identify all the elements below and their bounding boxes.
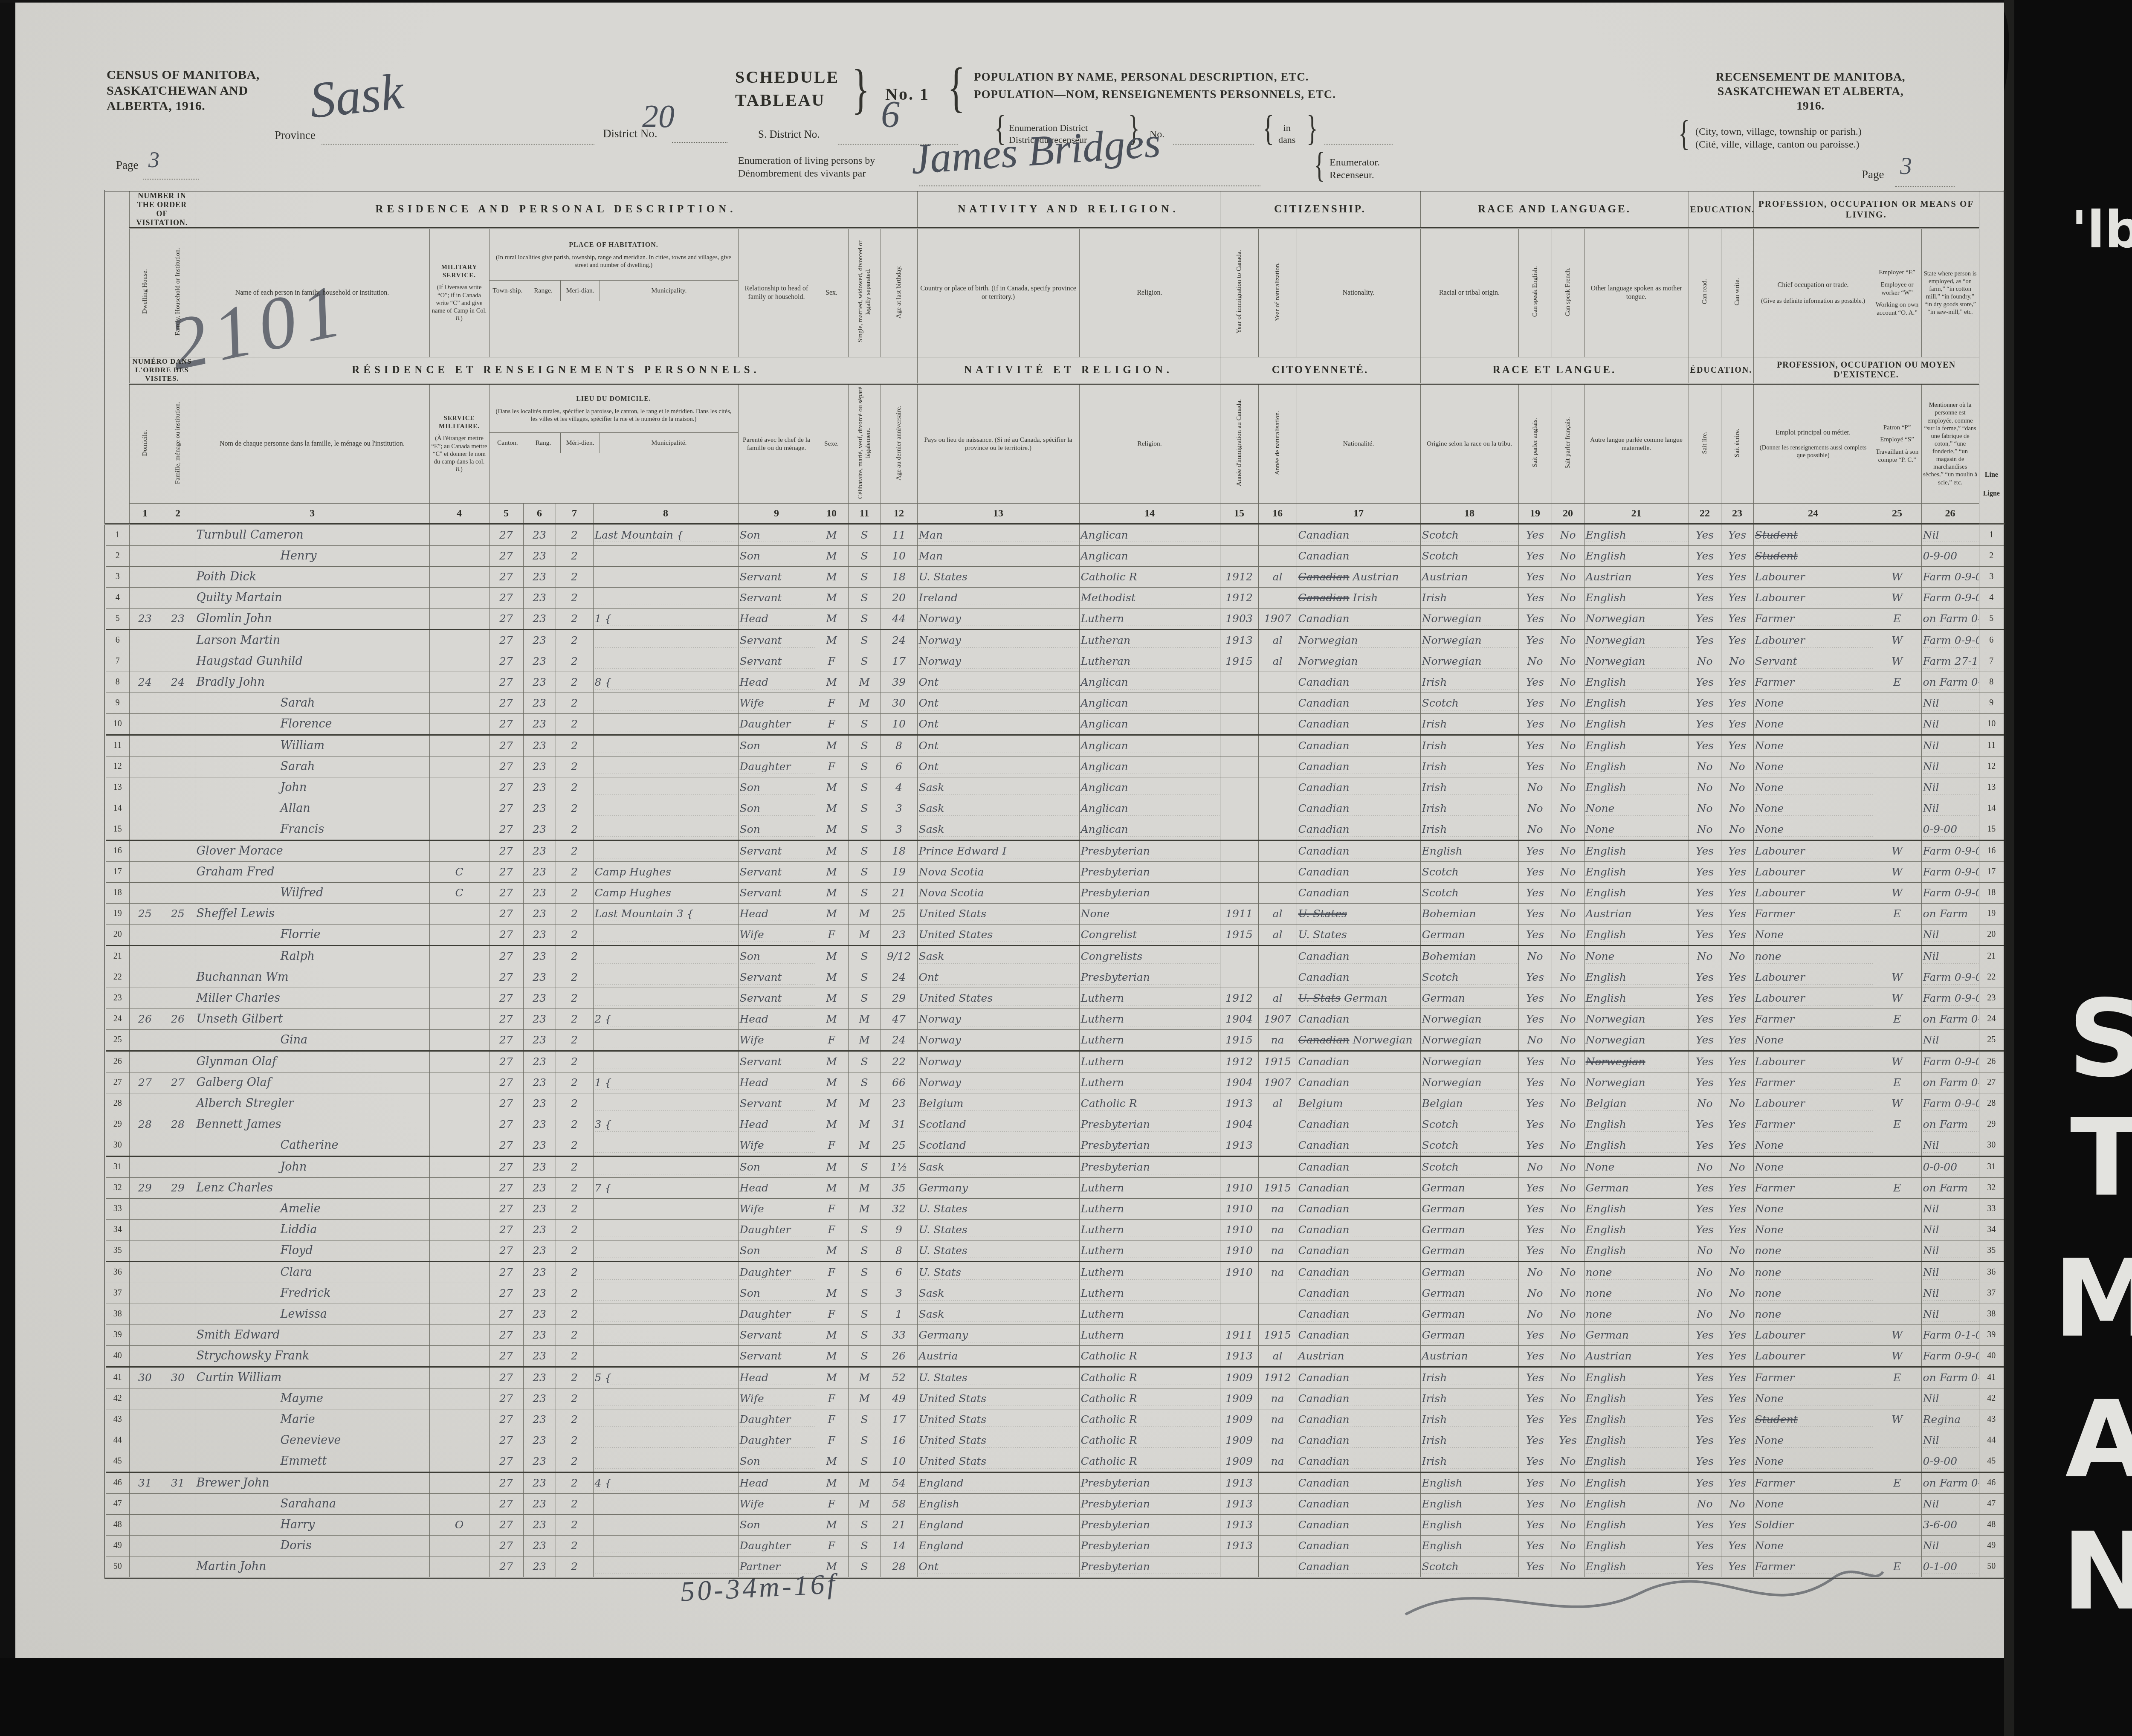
cell-write: Yes xyxy=(1721,840,1753,861)
cell-lineL: 26 xyxy=(105,1051,129,1072)
cell-write: Yes xyxy=(1721,861,1753,882)
column-numbers-row: 1234567891011121314151617181920212223242… xyxy=(105,504,2005,524)
col-header-marital-fr: Célibataire, marié, veuf, divorcé ou sép… xyxy=(848,384,881,504)
cell-name: Sarah xyxy=(195,756,429,777)
cell-origin: Norwegian xyxy=(1420,1072,1518,1093)
cell-origin: Irish xyxy=(1420,672,1518,693)
cell-lang: Norwegian xyxy=(1584,629,1689,651)
cell-relig: Presbyterian xyxy=(1079,1535,1220,1556)
cell-eng: Yes xyxy=(1518,713,1552,735)
cell-origin: Norwegian xyxy=(1420,608,1518,629)
cell-natl: Canadian xyxy=(1297,693,1420,713)
group-nativity-fr: NATIVITÉ ET RELIGION. xyxy=(917,357,1220,384)
sub-district-label: S. District No. xyxy=(758,129,820,141)
cell-lineL: 15 xyxy=(105,819,129,840)
cell-lang: English xyxy=(1584,967,1689,988)
cell-natl: Canadian xyxy=(1297,1409,1420,1430)
cell-imm xyxy=(1220,945,1258,967)
cell-lang: English xyxy=(1584,756,1689,777)
cell-mar: M xyxy=(848,693,881,713)
column-number: 8 xyxy=(593,504,738,524)
cell-relig: Anglican xyxy=(1079,524,1220,546)
cell-mer: 2 xyxy=(556,672,593,693)
cell-age: 1 xyxy=(881,1304,917,1324)
column-number: 1 xyxy=(129,504,161,524)
cell-lang: English xyxy=(1584,1219,1689,1240)
cell-write: Yes xyxy=(1721,1367,1753,1388)
cell-fr: No xyxy=(1552,1451,1584,1472)
cell-mun xyxy=(593,819,738,840)
cell-mer: 2 xyxy=(556,819,593,840)
cell-birth: Sask xyxy=(917,1304,1079,1324)
cell-lineR: 30 xyxy=(1979,1135,2005,1156)
table-row: 45Emmett27232SonMS10United StatsCatholic… xyxy=(105,1451,2005,1472)
cell-lineL: 28 xyxy=(105,1093,129,1114)
cell-natz: 1915 xyxy=(1258,1051,1297,1072)
cell-fr: No xyxy=(1552,1514,1584,1535)
cell-emp xyxy=(1873,713,1921,735)
cell-mil xyxy=(429,1388,489,1409)
cell-mun xyxy=(593,945,738,967)
cell-natl: Canadian xyxy=(1297,1367,1420,1388)
table-row: 47Sarahana27232WifeFM58EnglishPresbyteri… xyxy=(105,1493,2005,1514)
cell-age: 18 xyxy=(881,566,917,587)
cell-relig: Luthern xyxy=(1079,1283,1220,1304)
cell-occ: Labourer xyxy=(1753,1093,1873,1114)
col-header-meridian-en: Meri-dian. xyxy=(560,281,600,301)
cell-read: Yes xyxy=(1689,903,1721,924)
cell-eng: Yes xyxy=(1518,861,1552,882)
cell-name: Allan xyxy=(195,798,429,819)
cell-eng: Yes xyxy=(1518,735,1552,756)
cell-where: 0-1-00 xyxy=(1921,1556,1979,1578)
cell-natz: na xyxy=(1258,1409,1297,1430)
cell-fam xyxy=(161,1093,195,1114)
cell-mar: S xyxy=(848,524,881,546)
cell-occ: Farmer xyxy=(1753,1072,1873,1093)
cell-relig: Luthern xyxy=(1079,1051,1220,1072)
cell-birth: Norway xyxy=(917,1072,1079,1093)
cell-rel: Son xyxy=(738,524,815,546)
cell-age: 21 xyxy=(881,882,917,903)
cell-sex: M xyxy=(815,524,848,546)
cell-imm: 1909 xyxy=(1220,1388,1258,1409)
cell-fr: No xyxy=(1552,882,1584,903)
cell-birth: Ont xyxy=(917,756,1079,777)
cell-tw: 27 xyxy=(489,1029,523,1051)
cell-birth: Sask xyxy=(917,777,1079,798)
cell-natl: Canadian xyxy=(1297,545,1420,566)
cell-age: 35 xyxy=(881,1177,917,1198)
cell-rel: Son xyxy=(738,1240,815,1261)
cell-emp xyxy=(1873,777,1921,798)
cell-fr: No xyxy=(1552,1135,1584,1156)
cell-fam xyxy=(161,1219,195,1240)
cell-fam xyxy=(161,756,195,777)
cell-age: 14 xyxy=(881,1535,917,1556)
cell-lang: English xyxy=(1584,1472,1689,1493)
film-edge-left xyxy=(0,0,15,1736)
cell-rel: Son xyxy=(738,1514,815,1535)
cell-mar: S xyxy=(848,840,881,861)
cell-mer: 2 xyxy=(556,1304,593,1324)
film-strip-letter-m: M xyxy=(2030,1237,2132,1361)
cell-mun: 7 { xyxy=(593,1177,738,1198)
cell-write: Yes xyxy=(1721,1198,1753,1219)
cell-birth: U. States xyxy=(917,1198,1079,1219)
cell-lineL: 35 xyxy=(105,1240,129,1261)
cell-lineL: 45 xyxy=(105,1451,129,1472)
cell-occ: None xyxy=(1753,1451,1873,1472)
cell-birth: Norway xyxy=(917,629,1079,651)
cell-occ: None xyxy=(1753,924,1873,945)
cell-age: 52 xyxy=(881,1367,917,1388)
cell-mil xyxy=(429,693,489,713)
page-label-right: Page xyxy=(1862,168,1884,181)
cell-eng: No xyxy=(1518,1261,1552,1283)
cell-lang: Belgian xyxy=(1584,1093,1689,1114)
column-number: 10 xyxy=(815,504,848,524)
cell-rel: Servant xyxy=(738,1093,815,1114)
cell-lang: English xyxy=(1584,693,1689,713)
cell-read: Yes xyxy=(1689,1177,1721,1198)
cell-mun: 2 { xyxy=(593,1009,738,1029)
cell-birth: U. States xyxy=(917,1240,1079,1261)
cell-mil xyxy=(429,735,489,756)
cell-write: No xyxy=(1721,651,1753,672)
cell-mun xyxy=(593,1324,738,1345)
cell-sex: M xyxy=(815,988,848,1009)
cell-dw xyxy=(129,1198,161,1219)
cell-mun: Last Mountain { xyxy=(593,524,738,546)
cell-origin: Scotch xyxy=(1420,861,1518,882)
cell-dw xyxy=(129,587,161,608)
cell-rel: Son xyxy=(738,777,815,798)
cell-lineR: 7 xyxy=(1979,651,2005,672)
col-header-origin-en: Racial or tribal origin. xyxy=(1420,228,1518,357)
line-column-left-header xyxy=(105,191,129,524)
col-header-employer-en: Employer “E” Employee or worker “W” Work… xyxy=(1873,228,1921,357)
cell-tw: 27 xyxy=(489,566,523,587)
cell-tw: 27 xyxy=(489,903,523,924)
col-header-name-en: Name of each person in family, household… xyxy=(195,228,429,357)
column-number: 2 xyxy=(161,504,195,524)
cell-origin: Scotch xyxy=(1420,1135,1518,1156)
cell-imm xyxy=(1220,840,1258,861)
cell-rg: 23 xyxy=(523,672,556,693)
cell-dw: 23 xyxy=(129,608,161,629)
cell-tw: 27 xyxy=(489,524,523,546)
cell-lineL: 11 xyxy=(105,735,129,756)
group-visitation-fr: NUMÉRO DANS L'ORDRE DES VISITES. xyxy=(129,357,195,384)
cell-mil xyxy=(429,756,489,777)
cell-lang: English xyxy=(1584,1493,1689,1514)
cell-imm xyxy=(1220,672,1258,693)
cell-lang: English xyxy=(1584,840,1689,861)
cell-natl: Canadian xyxy=(1297,1135,1420,1156)
cell-read: No xyxy=(1689,1156,1721,1177)
cell-mer: 2 xyxy=(556,1409,593,1430)
cell-origin: Bohemian xyxy=(1420,903,1518,924)
cell-occ: None xyxy=(1753,819,1873,840)
cell-lineR: 11 xyxy=(1979,735,2005,756)
film-edge-bottom xyxy=(0,1658,2132,1736)
cell-relig: Presbyterian xyxy=(1079,1493,1220,1514)
cell-age: 30 xyxy=(881,693,917,713)
cell-rel: Servant xyxy=(738,988,815,1009)
cell-lang: English xyxy=(1584,1114,1689,1135)
cell-tw: 27 xyxy=(489,1240,523,1261)
cell-lineR: 16 xyxy=(1979,840,2005,861)
cell-origin: German xyxy=(1420,1198,1518,1219)
cell-lineR: 49 xyxy=(1979,1535,2005,1556)
cell-age: 17 xyxy=(881,1409,917,1430)
cell-rg: 23 xyxy=(523,735,556,756)
cell-emp: E xyxy=(1873,1472,1921,1493)
table-row: 11William27232SonMS8OntAnglicanCanadianI… xyxy=(105,735,2005,756)
cell-natl: Canadian xyxy=(1297,1051,1420,1072)
cell-natz xyxy=(1258,545,1297,566)
cell-natz xyxy=(1258,777,1297,798)
cell-tw: 27 xyxy=(489,713,523,735)
cell-birth: U. States xyxy=(917,1219,1079,1240)
cell-natl: Canadian xyxy=(1297,1198,1420,1219)
cell-mil xyxy=(429,1029,489,1051)
cell-imm: 1909 xyxy=(1220,1367,1258,1388)
census-table: NUMBER IN THE ORDER OF VISITATION. RESID… xyxy=(104,190,2005,1579)
cell-write: Yes xyxy=(1721,1009,1753,1029)
cell-sex: F xyxy=(815,1430,848,1451)
cell-natl: Canadian xyxy=(1297,861,1420,882)
cell-natl: Norwegian xyxy=(1297,629,1420,651)
cell-lang: English xyxy=(1584,713,1689,735)
cell-where: Nil xyxy=(1921,1029,1979,1051)
cell-lineL: 3 xyxy=(105,566,129,587)
cell-name: Turnbull Cameron xyxy=(195,524,429,546)
cell-emp xyxy=(1873,819,1921,840)
cell-name: Wilfred xyxy=(195,882,429,903)
film-strip-edge xyxy=(2004,0,2014,1736)
cell-rg: 23 xyxy=(523,1219,556,1240)
cell-natz: 1907 xyxy=(1258,1009,1297,1029)
cell-mar: M xyxy=(848,1388,881,1409)
cell-mun: 5 { xyxy=(593,1367,738,1388)
cell-lineL: 6 xyxy=(105,629,129,651)
cell-natl: Canadian xyxy=(1297,945,1420,967)
cell-fam xyxy=(161,1556,195,1578)
group-education-en: EDUCATION. xyxy=(1689,191,1753,228)
cell-fr: No xyxy=(1552,1219,1584,1240)
cell-sex: M xyxy=(815,1177,848,1198)
cell-name: Francis xyxy=(195,819,429,840)
enumeration-by-labels: Enumeration of living persons by Dénombr… xyxy=(738,154,875,180)
table-row: 15Francis27232SonMS3SaskAnglicanCanadian… xyxy=(105,819,2005,840)
cell-fam xyxy=(161,967,195,988)
cell-lineR: 21 xyxy=(1979,945,2005,967)
cell-rel: Head xyxy=(738,903,815,924)
cell-rg: 23 xyxy=(523,1324,556,1345)
cell-dw xyxy=(129,1240,161,1261)
cell-mun: 8 { xyxy=(593,672,738,693)
cell-emp: W xyxy=(1873,861,1921,882)
cell-mun xyxy=(593,924,738,945)
cell-lang: None xyxy=(1584,798,1689,819)
cell-lang: English xyxy=(1584,861,1689,882)
cell-lang: English xyxy=(1584,1514,1689,1535)
cell-sex: M xyxy=(815,1009,848,1029)
table-row: 26Glynman Olaf27232ServantMS22NorwayLuth… xyxy=(105,1051,2005,1072)
cell-dw xyxy=(129,1029,161,1051)
cell-sex: M xyxy=(815,1451,848,1472)
cell-name: Haugstad Gunhild xyxy=(195,651,429,672)
cell-origin: Irish xyxy=(1420,1451,1518,1472)
cell-natz: na xyxy=(1258,1029,1297,1051)
cell-mer: 2 xyxy=(556,1093,593,1114)
page-value-right: 3 xyxy=(1900,153,1912,180)
cell-rg: 23 xyxy=(523,713,556,735)
cell-read: Yes xyxy=(1689,545,1721,566)
cell-origin: Norwegian xyxy=(1420,629,1518,651)
cell-eng: No xyxy=(1518,1156,1552,1177)
cell-sex: M xyxy=(815,903,848,924)
cell-mer: 2 xyxy=(556,713,593,735)
cell-where: Nil xyxy=(1921,693,1979,713)
cell-sex: M xyxy=(815,1114,848,1135)
cell-mer: 2 xyxy=(556,524,593,546)
cell-mun: 1 { xyxy=(593,1072,738,1093)
film-strip-mark: 'lb xyxy=(2030,200,2132,260)
cell-lang: Norwegian xyxy=(1584,608,1689,629)
cell-dw xyxy=(129,524,161,546)
cell-where: on Farm xyxy=(1921,1177,1979,1198)
cell-lineR: 48 xyxy=(1979,1514,2005,1535)
cell-eng: Yes xyxy=(1518,672,1552,693)
cell-mer: 2 xyxy=(556,1451,593,1472)
col-header-other-language-fr: Autre langue parlée comme langue materne… xyxy=(1584,384,1689,504)
cell-write: Yes xyxy=(1721,1029,1753,1051)
cell-dw xyxy=(129,1051,161,1072)
scanned-census-page: { "header": { "census_title_en_1": "CENS… xyxy=(0,0,2132,1736)
cell-lineR: 47 xyxy=(1979,1493,2005,1514)
cell-write: Yes xyxy=(1721,629,1753,651)
cell-where: Nil xyxy=(1921,924,1979,945)
cell-eng: No xyxy=(1518,1304,1552,1324)
col-header-occupation-en: Chief occupation or trade. (Give as defi… xyxy=(1753,228,1873,357)
cell-natz: 1907 xyxy=(1258,608,1297,629)
cell-mar: M xyxy=(848,672,881,693)
cell-age: 28 xyxy=(881,1556,917,1578)
cell-natz xyxy=(1258,882,1297,903)
cell-origin: English xyxy=(1420,1493,1518,1514)
cell-eng: No xyxy=(1518,945,1552,967)
cell-name: William xyxy=(195,735,429,756)
cell-mar: S xyxy=(848,945,881,967)
cell-rel: Daughter xyxy=(738,1535,815,1556)
col-header-can-read-en: Can read. xyxy=(1689,228,1721,357)
cell-natl: Canadian xyxy=(1297,967,1420,988)
cell-lineL: 44 xyxy=(105,1430,129,1451)
cell-rel: Son xyxy=(738,1156,815,1177)
cell-lang: English xyxy=(1584,524,1689,546)
col-header-can-read-fr: Sait lire. xyxy=(1689,384,1721,504)
cell-natz: 1912 xyxy=(1258,1367,1297,1388)
cell-write: No xyxy=(1721,945,1753,967)
cell-lang: English xyxy=(1584,545,1689,566)
cell-occ: None xyxy=(1753,713,1873,735)
cell-fam xyxy=(161,1514,195,1535)
cell-name: Sarah xyxy=(195,693,429,713)
table-row: 4Quilty Martain27232ServantMS20IrelandMe… xyxy=(105,587,2005,608)
col-header-meridian-fr: Méri-dien. xyxy=(560,433,600,453)
column-number: 3 xyxy=(195,504,429,524)
cell-rel: Son xyxy=(738,798,815,819)
cell-lineR: 22 xyxy=(1979,967,2005,988)
cell-birth: England xyxy=(917,1472,1079,1493)
cell-mun xyxy=(593,1219,738,1240)
col-header-religion-fr: Religion. xyxy=(1079,384,1220,504)
cell-name: Floyd xyxy=(195,1240,429,1261)
cell-natl: Canadian xyxy=(1297,1388,1420,1409)
cell-name: Emmett xyxy=(195,1451,429,1472)
cell-rg: 23 xyxy=(523,566,556,587)
cell-rg: 23 xyxy=(523,1451,556,1472)
cell-relig: Anglican xyxy=(1079,777,1220,798)
cell-where: Farm 0-9-00 xyxy=(1921,1093,1979,1114)
in-brace-r: } xyxy=(1306,108,1318,149)
cell-tw: 27 xyxy=(489,587,523,608)
col-header-naturalization-fr: Année de naturalisation. xyxy=(1258,384,1297,504)
cell-where: Nil xyxy=(1921,1240,1979,1261)
cell-natz xyxy=(1258,735,1297,756)
cell-read: Yes xyxy=(1689,1135,1721,1156)
cell-where: on Farm 0-6-00 xyxy=(1921,672,1979,693)
cell-birth: United States xyxy=(917,988,1079,1009)
cell-emp xyxy=(1873,1304,1921,1324)
cell-name: Quilty Martain xyxy=(195,587,429,608)
cell-imm xyxy=(1220,819,1258,840)
cell-eng: Yes xyxy=(1518,1472,1552,1493)
cell-relig: Presbyterian xyxy=(1079,1114,1220,1135)
cell-mar: S xyxy=(848,1219,881,1240)
cell-mer: 2 xyxy=(556,1430,593,1451)
cell-tw: 27 xyxy=(489,693,523,713)
cell-imm: 1910 xyxy=(1220,1177,1258,1198)
cell-tw: 27 xyxy=(489,1261,523,1283)
cell-where: 0-9-00 xyxy=(1921,545,1979,566)
cell-lineR: 13 xyxy=(1979,777,2005,798)
cell-imm xyxy=(1220,713,1258,735)
cell-sex: F xyxy=(815,756,848,777)
cell-birth: England xyxy=(917,1514,1079,1535)
cell-mar: M xyxy=(848,1367,881,1388)
cell-where: Nil xyxy=(1921,1135,1979,1156)
cell-emp xyxy=(1873,1156,1921,1177)
table-row: 28Alberch Stregler27232ServantMM23Belgiu… xyxy=(105,1093,2005,1114)
cell-fr: No xyxy=(1552,988,1584,1009)
cell-mer: 2 xyxy=(556,882,593,903)
cell-birth: Ont xyxy=(917,967,1079,988)
cell-eng: Yes xyxy=(1518,1514,1552,1535)
cell-imm: 1904 xyxy=(1220,1072,1258,1093)
cell-mar: M xyxy=(848,1093,881,1114)
film-strip-letter-s: S xyxy=(2030,977,2132,1101)
cell-fr: Yes xyxy=(1552,1409,1584,1430)
column-number: 5 xyxy=(489,504,523,524)
cell-read: Yes xyxy=(1689,713,1721,735)
cell-write: No xyxy=(1721,1093,1753,1114)
column-number: 6 xyxy=(523,504,556,524)
column-number: 15 xyxy=(1220,504,1258,524)
